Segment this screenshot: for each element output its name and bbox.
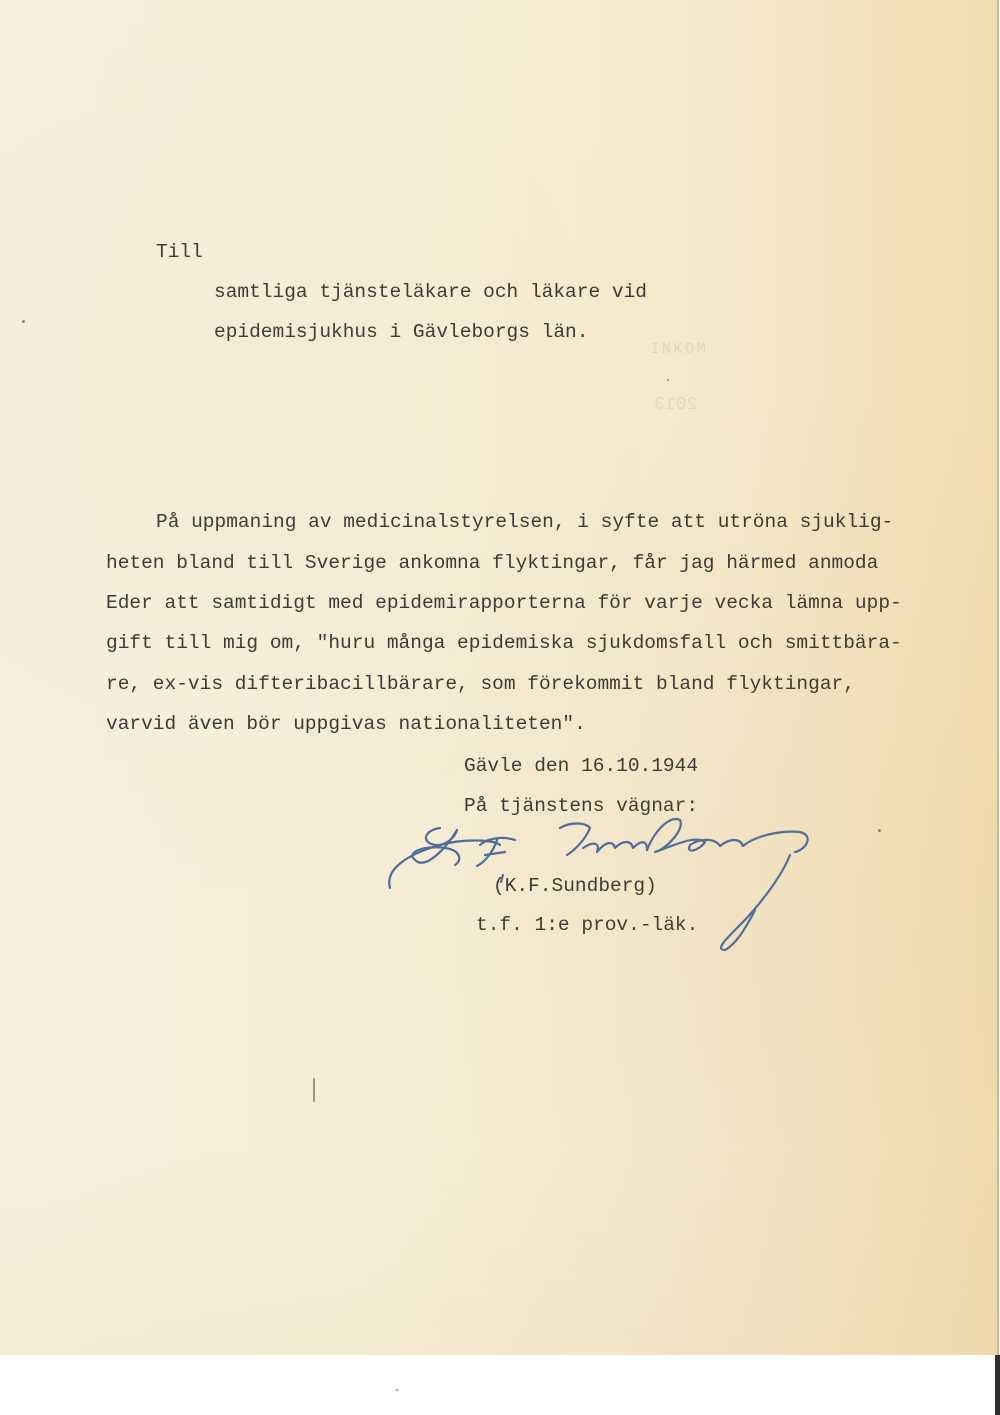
paper-speck xyxy=(22,320,25,323)
paper-mark xyxy=(313,1078,315,1102)
scan-edge xyxy=(995,1355,1000,1415)
stamp-line-2: 2013 xyxy=(654,395,697,415)
paper-sheet: INKOM 2013 Till samtliga tjänsteläkare o… xyxy=(0,0,999,1355)
body-line-6: varvid även bör uppgivas nationaliteten"… xyxy=(106,713,586,735)
signer-title: t.f. 1:e prov.-läk. xyxy=(476,914,698,936)
paper-speck xyxy=(667,379,669,381)
stamp-line-1: INKOM xyxy=(650,340,708,358)
addressee-line-1: samtliga tjänsteläkare och läkare vid xyxy=(214,281,647,303)
place-date: Gävle den 16.10.1944 xyxy=(464,755,698,777)
body-line-3: Eder att samtidigt med epidemirapportern… xyxy=(106,592,902,614)
salutation: Till xyxy=(156,241,203,263)
paper-speck xyxy=(878,829,881,832)
body-line-4: gift till mig om, "huru många epidemiska… xyxy=(106,632,902,654)
typed-name: (K.F.Sundberg) xyxy=(493,875,657,897)
body-line-5: re, ex-vis difteribacillbärare, som före… xyxy=(106,673,855,695)
scan-speck xyxy=(396,1389,398,1391)
body-line-2: heten bland till Sverige ankomna flyktin… xyxy=(106,552,878,574)
addressee-line-2: epidemisjukhus i Gävleborgs län. xyxy=(214,321,588,343)
show-through-stamp: INKOM 2013 xyxy=(650,335,810,425)
body-line-1: På uppmaning av medicinalstyrelsen, i sy… xyxy=(156,511,893,533)
